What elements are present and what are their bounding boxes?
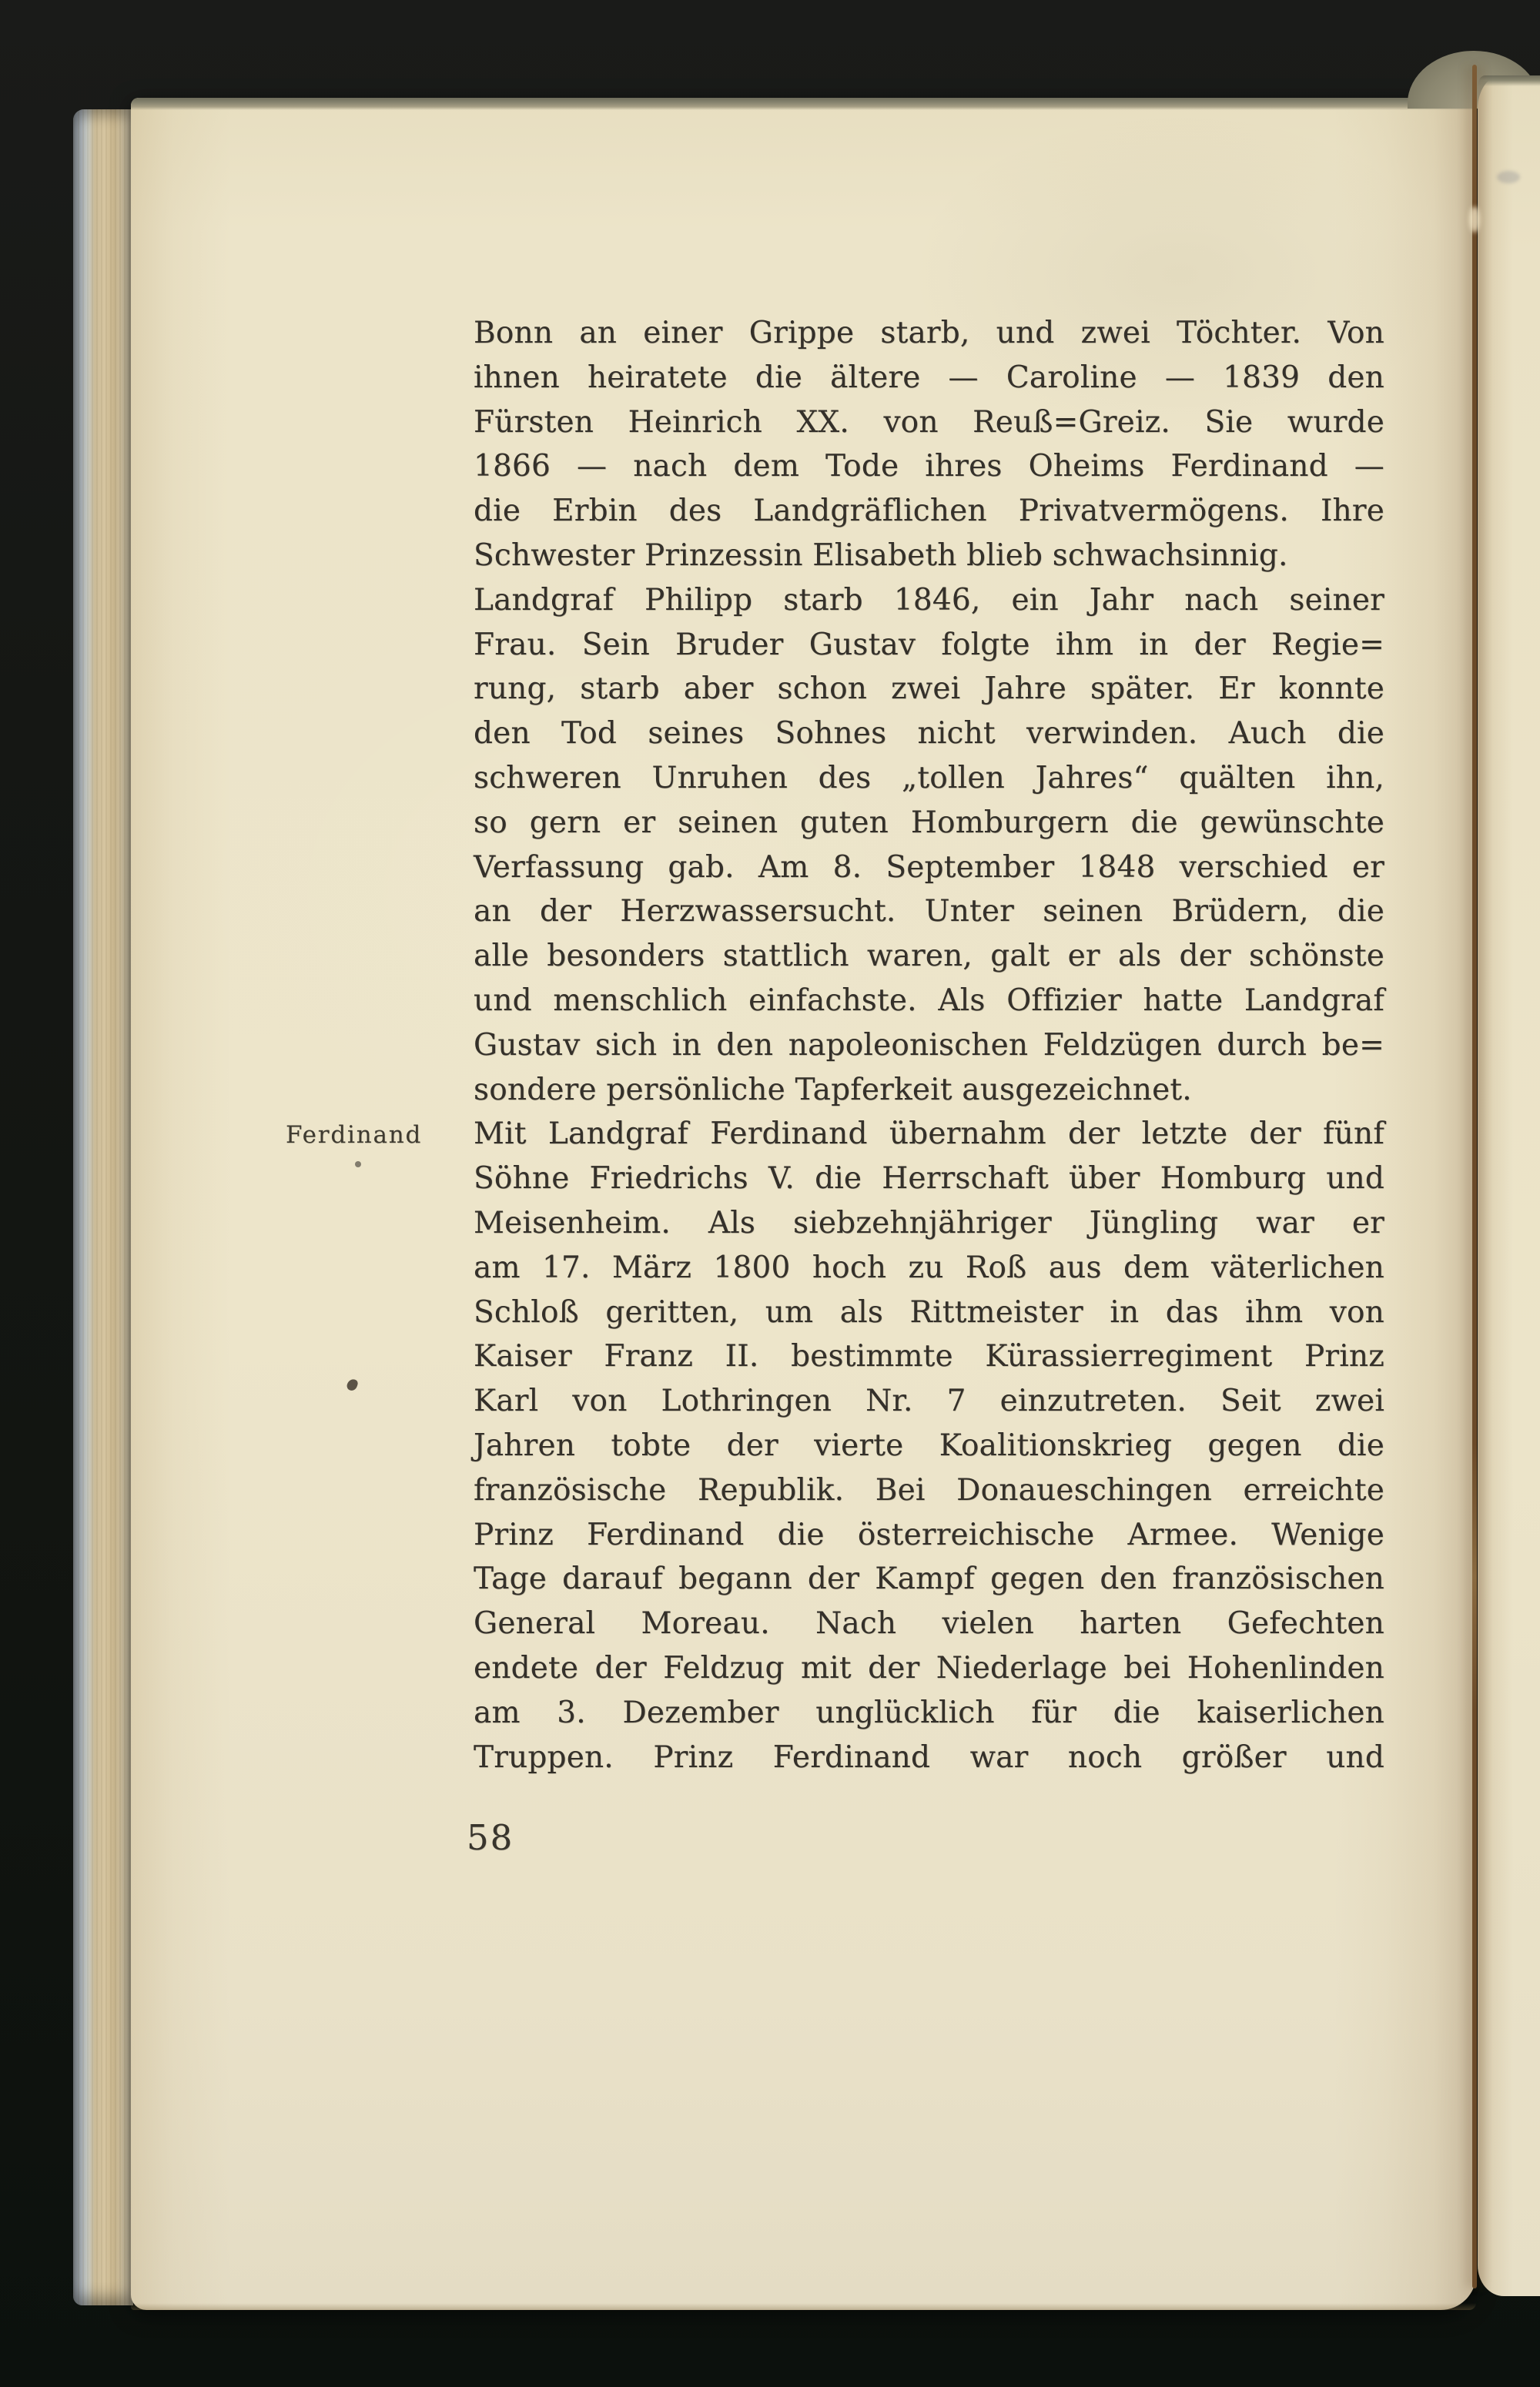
scanned-book-photo: Bonn an einer Grippe starb, und zwei Töc… — [0, 0, 1540, 2387]
text-line-paragraph-end: sondere persönliche Tapferkeit ausgezeic… — [474, 1068, 1384, 1113]
text-line: Bonn an einer Grippe starb, und zwei Töc… — [474, 311, 1384, 356]
margin-note: Ferdinand — [286, 1122, 422, 1148]
text-line: alle besonders stattlich waren, galt er … — [474, 934, 1384, 979]
text-line: ihnen heiratete die ältere — Caroline — … — [474, 356, 1384, 400]
text-line: Jahren tobte der vierte Koalitionskrieg … — [474, 1424, 1384, 1468]
text-line: Prinz Ferdinand die österreichische Arme… — [474, 1513, 1384, 1558]
pencil-smudge — [1497, 171, 1520, 183]
facing-page-edge — [1478, 75, 1540, 2296]
text-line: Frau. Sein Bruder Gustav folgte ihm in d… — [474, 623, 1384, 668]
text-line: die Erbin des Landgräflichen Privatvermö… — [474, 489, 1384, 534]
text-line: Verfassung gab. Am 8. September 1848 ver… — [474, 845, 1384, 890]
text-line: Landgraf Philipp starb 1846, ein Jahr na… — [474, 578, 1384, 623]
glare-spot — [1469, 206, 1480, 233]
text-line: Fürsten Heinrich XX. von Reuß=Greiz. Sie… — [474, 400, 1384, 445]
text-line: General Moreau. Nach vielen harten Gefec… — [474, 1602, 1384, 1646]
text-line: Gustav sich in den napoleonischen Feldzü… — [474, 1023, 1384, 1068]
text-line: Kaiser Franz II. bestimmte Kürassierregi… — [474, 1334, 1384, 1379]
text-line: 1866 — nach dem Tode ihres Oheims Ferdin… — [474, 444, 1384, 489]
text-line-paragraph-end: Schwester Prinzessin Elisabeth blieb sch… — [474, 534, 1384, 578]
gutter-crease — [1472, 65, 1477, 2288]
text-line: am 17. März 1800 hoch zu Roß aus dem vät… — [474, 1246, 1384, 1291]
text-line: schweren Unruhen des „tollen Jahres“ quä… — [474, 756, 1384, 801]
text-line: Karl von Lothringen Nr. 7 einzutreten. S… — [474, 1379, 1384, 1424]
text-line: Tage darauf begann der Kampf gegen den f… — [474, 1557, 1384, 1602]
text-line: endete der Feldzug mit der Niederlage be… — [474, 1646, 1384, 1691]
text-line: den Tod seines Sohnes nicht verwinden. A… — [474, 711, 1384, 756]
text-line: rung, starb aber schon zwei Jahre später… — [474, 667, 1384, 711]
text-line: Mit Landgraf Ferdinand übernahm der letz… — [474, 1112, 1384, 1157]
page-edges-stack — [73, 109, 133, 2305]
text-line: Schloß geritten, um als Rittmeister in d… — [474, 1291, 1384, 1335]
text-line: Meisenheim. Als siebzehnjähriger Jünglin… — [474, 1201, 1384, 1246]
page-number: 58 — [467, 1817, 514, 1858]
text-line: so gern er seinen guten Homburgern die g… — [474, 801, 1384, 845]
body-text: Bonn an einer Grippe starb, und zwei Töc… — [474, 311, 1384, 1779]
text-line: an der Herzwassersucht. Unter seinen Brü… — [474, 889, 1384, 934]
text-line: französische Republik. Bei Donaueschinge… — [474, 1468, 1384, 1513]
text-line: Söhne Friedrichs V. die Herrschaft über … — [474, 1157, 1384, 1201]
text-line: und menschlich einfachste. Als Offizier … — [474, 979, 1384, 1023]
ink-dot — [355, 1161, 361, 1167]
text-line: Truppen. Prinz Ferdinand war noch größer… — [474, 1736, 1384, 1780]
text-line: am 3. Dezember unglücklich für die kaise… — [474, 1691, 1384, 1736]
